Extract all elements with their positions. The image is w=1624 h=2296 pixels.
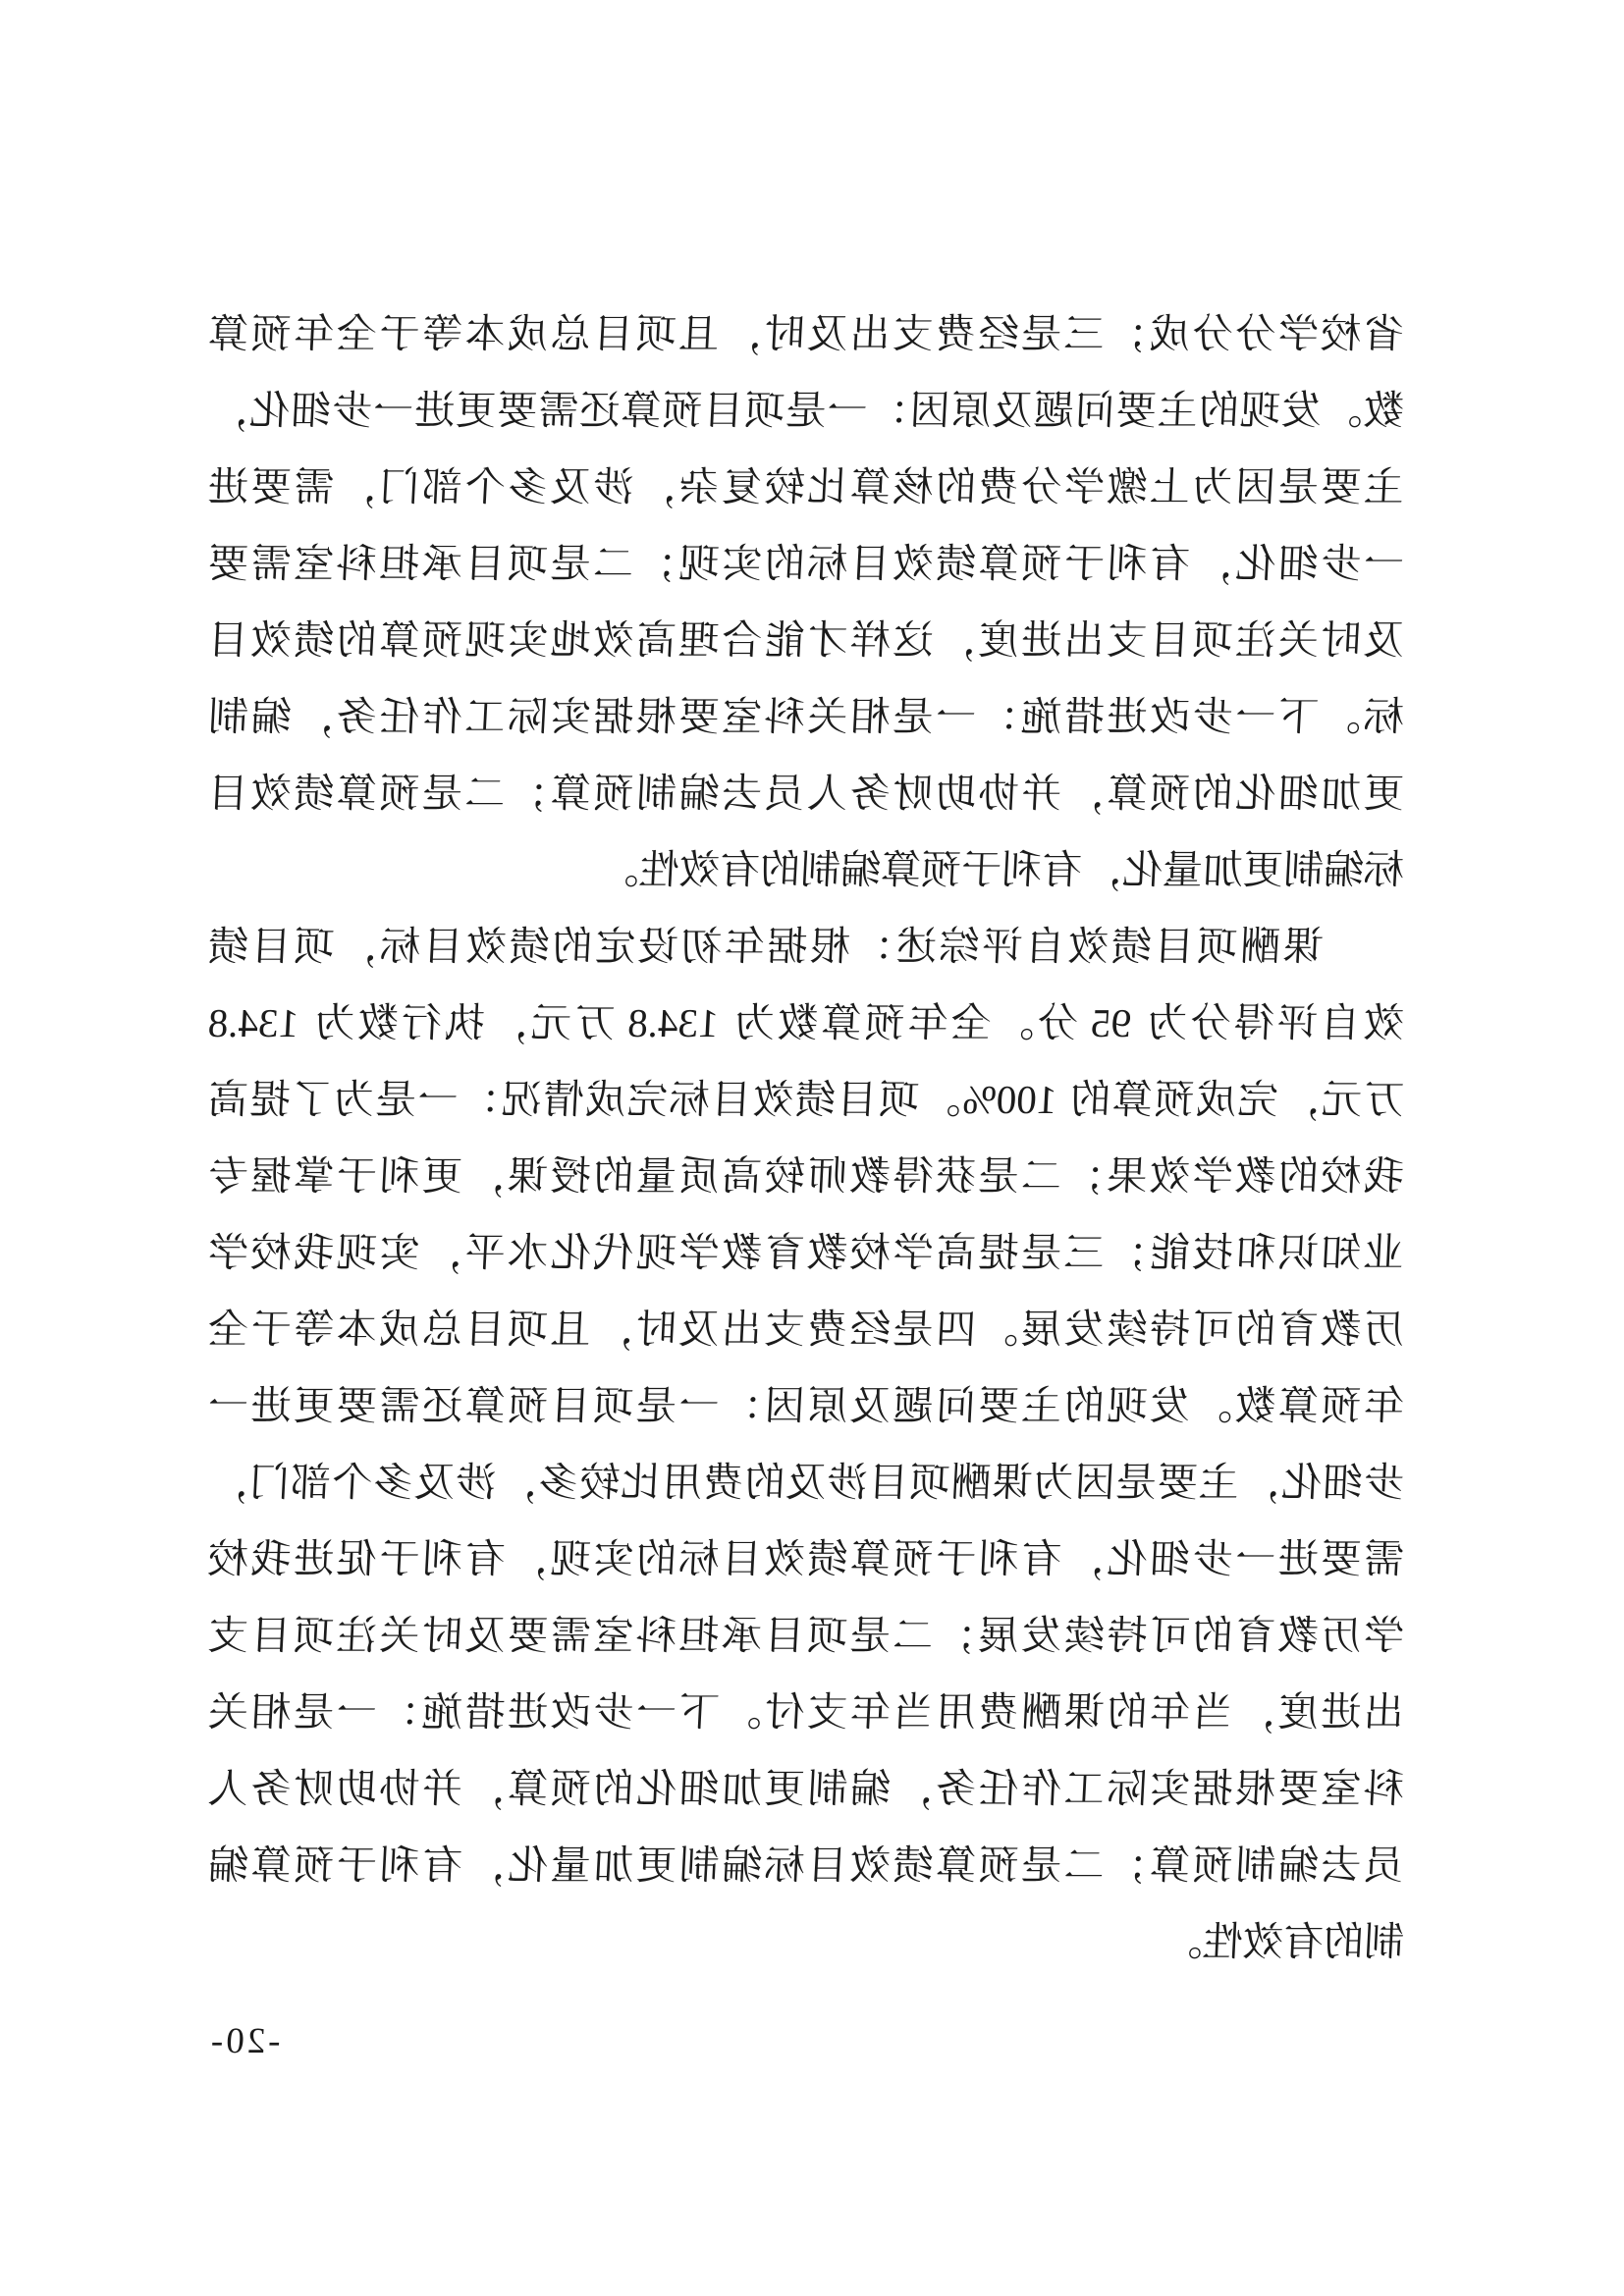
mirrored-page-content: 省校学分分成；三是经费支出及时，且项目总成本等于全年预算 数。发现的主要问题及原… bbox=[0, 0, 1624, 2296]
text-line: 我校的教学效果；二是获得教师较高质量的授课，更利于掌握专 bbox=[206, 1138, 1406, 1214]
text-line: 年预算数。发现的主要问题及原因：一是项目预算还需要更进一 bbox=[206, 1367, 1406, 1444]
scanned-document-page: 省校学分分成；三是经费支出及时，且项目总成本等于全年预算 数。发现的主要问题及原… bbox=[0, 0, 1624, 2296]
text-line: 主要是因为上缴学分费的核算比较复杂，涉及多个部门，需要进 bbox=[206, 449, 1406, 525]
text-line: 出进度，当年的课酬费用当年支付。下一步改进措施：一是相关 bbox=[206, 1674, 1406, 1750]
text-line: 标编制更加量化，有利于预算编制的有效性。 bbox=[206, 831, 1406, 908]
text-line: 数。发现的主要问题及原因：一是项目预算还需要更进一步细化， bbox=[206, 372, 1406, 449]
text-line: 更加细化的预算，并协助财务人员去编制预算；二是预算绩效目 bbox=[206, 755, 1406, 831]
body-text-block: 省校学分分成；三是经费支出及时，且项目总成本等于全年预算 数。发现的主要问题及原… bbox=[208, 295, 1404, 1980]
text-line: 步细化，主要是因为课酬项目涉及的费用比较多，涉及多个部门， bbox=[206, 1444, 1406, 1521]
text-line: 学历教育的可持续发展；二是项目承担科室需要及时关注项目支 bbox=[206, 1597, 1406, 1674]
text-line: 需要进一步细化，有利于预算绩效目标的实现，有利于促进我校 bbox=[206, 1521, 1406, 1597]
page-number: -20- bbox=[207, 2020, 1405, 2062]
paragraph-budget-performance-1: 省校学分分成；三是经费支出及时，且项目总成本等于全年预算 数。发现的主要问题及原… bbox=[208, 295, 1404, 908]
text-line: 省校学分分成；三是经费支出及时，且项目总成本等于全年预算 bbox=[206, 295, 1406, 372]
text-line: 科室要根据实际工作任务，编制更加细化的预算，并协助财务人 bbox=[206, 1750, 1406, 1827]
text-line: 及时关注项目支出进度，这样才能合理高效地实现预算的绩效目 bbox=[206, 602, 1406, 678]
text-line: 制的有效性。 bbox=[206, 1903, 1406, 1980]
paragraph-budget-performance-2: 课酬项目绩效自评综述：根据年初设定的绩效目标，项目绩 效自评得分为 95 分。全… bbox=[208, 908, 1404, 1980]
text-line: 历教育的可持续发展。四是经费支出及时，且项目总成本等于全 bbox=[206, 1291, 1406, 1367]
text-line: 效自评得分为 95 分。全年预算数为 134.8 万元，执行数为 134.8 bbox=[206, 985, 1406, 1061]
text-line: 业知识和技能；三是提高学校教育教学现代化水平，实现我校学 bbox=[206, 1214, 1406, 1291]
text-line: 万元，完成预算的 100%。项目绩效目标完成情况：一是为了提高 bbox=[206, 1061, 1406, 1138]
text-line: 课酬项目绩效自评综述：根据年初设定的绩效目标，项目绩 bbox=[206, 908, 1406, 985]
text-line: 一步细化，有利于预算绩效目标的实现；二是项目承担科室需要 bbox=[206, 525, 1406, 602]
text-line: 标。下一步改进措施：一是相关科室要根据实际工作任务，编制 bbox=[206, 678, 1406, 755]
text-line: 员去编制预算；二是预算绩效目标编制更加量化，有利于预算编 bbox=[206, 1827, 1406, 1903]
